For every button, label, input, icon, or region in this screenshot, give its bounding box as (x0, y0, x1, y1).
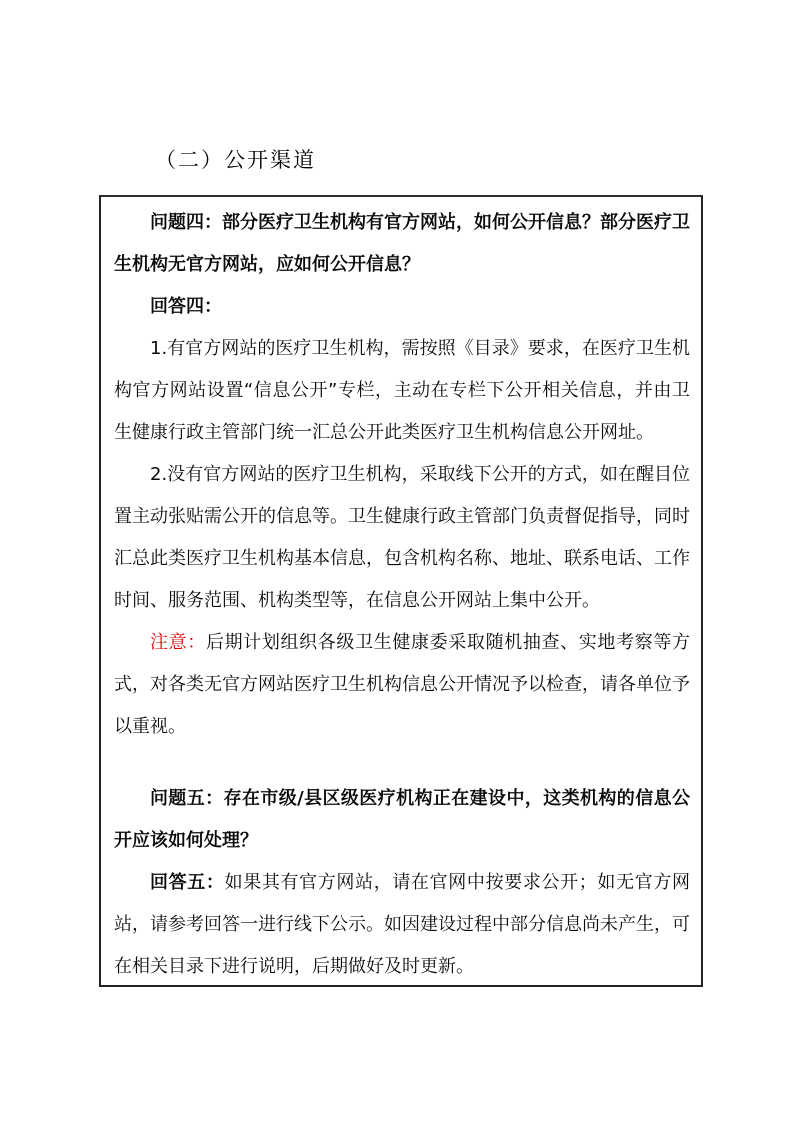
section-heading: （二）公开渠道 (155, 146, 316, 174)
answer-four-point-2-paragraph: 2.没有官方网站的医疗卫生机构，采取线下公开的方式，如在醒目位置主动张贴需公开的… (114, 454, 690, 622)
answer-five-label: 回答五： (150, 872, 225, 893)
blank-line-spacer (114, 748, 690, 778)
answer-four-label: 回答四： (150, 296, 222, 317)
document-page: （二）公开渠道 问题四：部分医疗卫生机构有官方网站，如何公开信息？部分医疗卫生机… (0, 0, 793, 1122)
question-five-paragraph: 问题五：存在市级/县区级医疗机构正在建设中，这类机构的信息公开应该如何处理？ (114, 778, 690, 862)
answer-four-point-2-text: 2.没有官方网站的医疗卫生机构，采取线下公开的方式，如在醒目位置主动张贴需公开的… (114, 464, 690, 611)
answer-four-label-paragraph: 回答四： (114, 286, 690, 328)
notice-paragraph: 注意：后期计划组织各级卫生健康委采取随机抽查、实地考察等方式，对各类无官方网站医… (114, 622, 690, 748)
answer-four-point-1-paragraph: 1.有官方网站的医疗卫生机构，需按照《目录》要求，在医疗卫生机构官方网站设置“信… (114, 328, 690, 454)
question-five-text: 问题五：存在市级/县区级医疗机构正在建设中，这类机构的信息公开应该如何处理？ (114, 788, 690, 851)
question-four-text: 问题四：部分医疗卫生机构有官方网站，如何公开信息？部分医疗卫生机构无官方网站，应… (114, 212, 690, 275)
qa-box: 问题四：部分医疗卫生机构有官方网站，如何公开信息？部分医疗卫生机构无官方网站，应… (99, 195, 703, 987)
question-four-paragraph: 问题四：部分医疗卫生机构有官方网站，如何公开信息？部分医疗卫生机构无官方网站，应… (114, 202, 690, 286)
answer-five-paragraph: 回答五：如果其有官方网站，请在官网中按要求公开；如无官方网站，请参考回答一进行线… (114, 862, 690, 987)
answer-four-point-1-text: 1.有官方网站的医疗卫生机构，需按照《目录》要求，在医疗卫生机构官方网站设置“信… (114, 338, 690, 443)
notice-label: 注意： (150, 632, 206, 653)
